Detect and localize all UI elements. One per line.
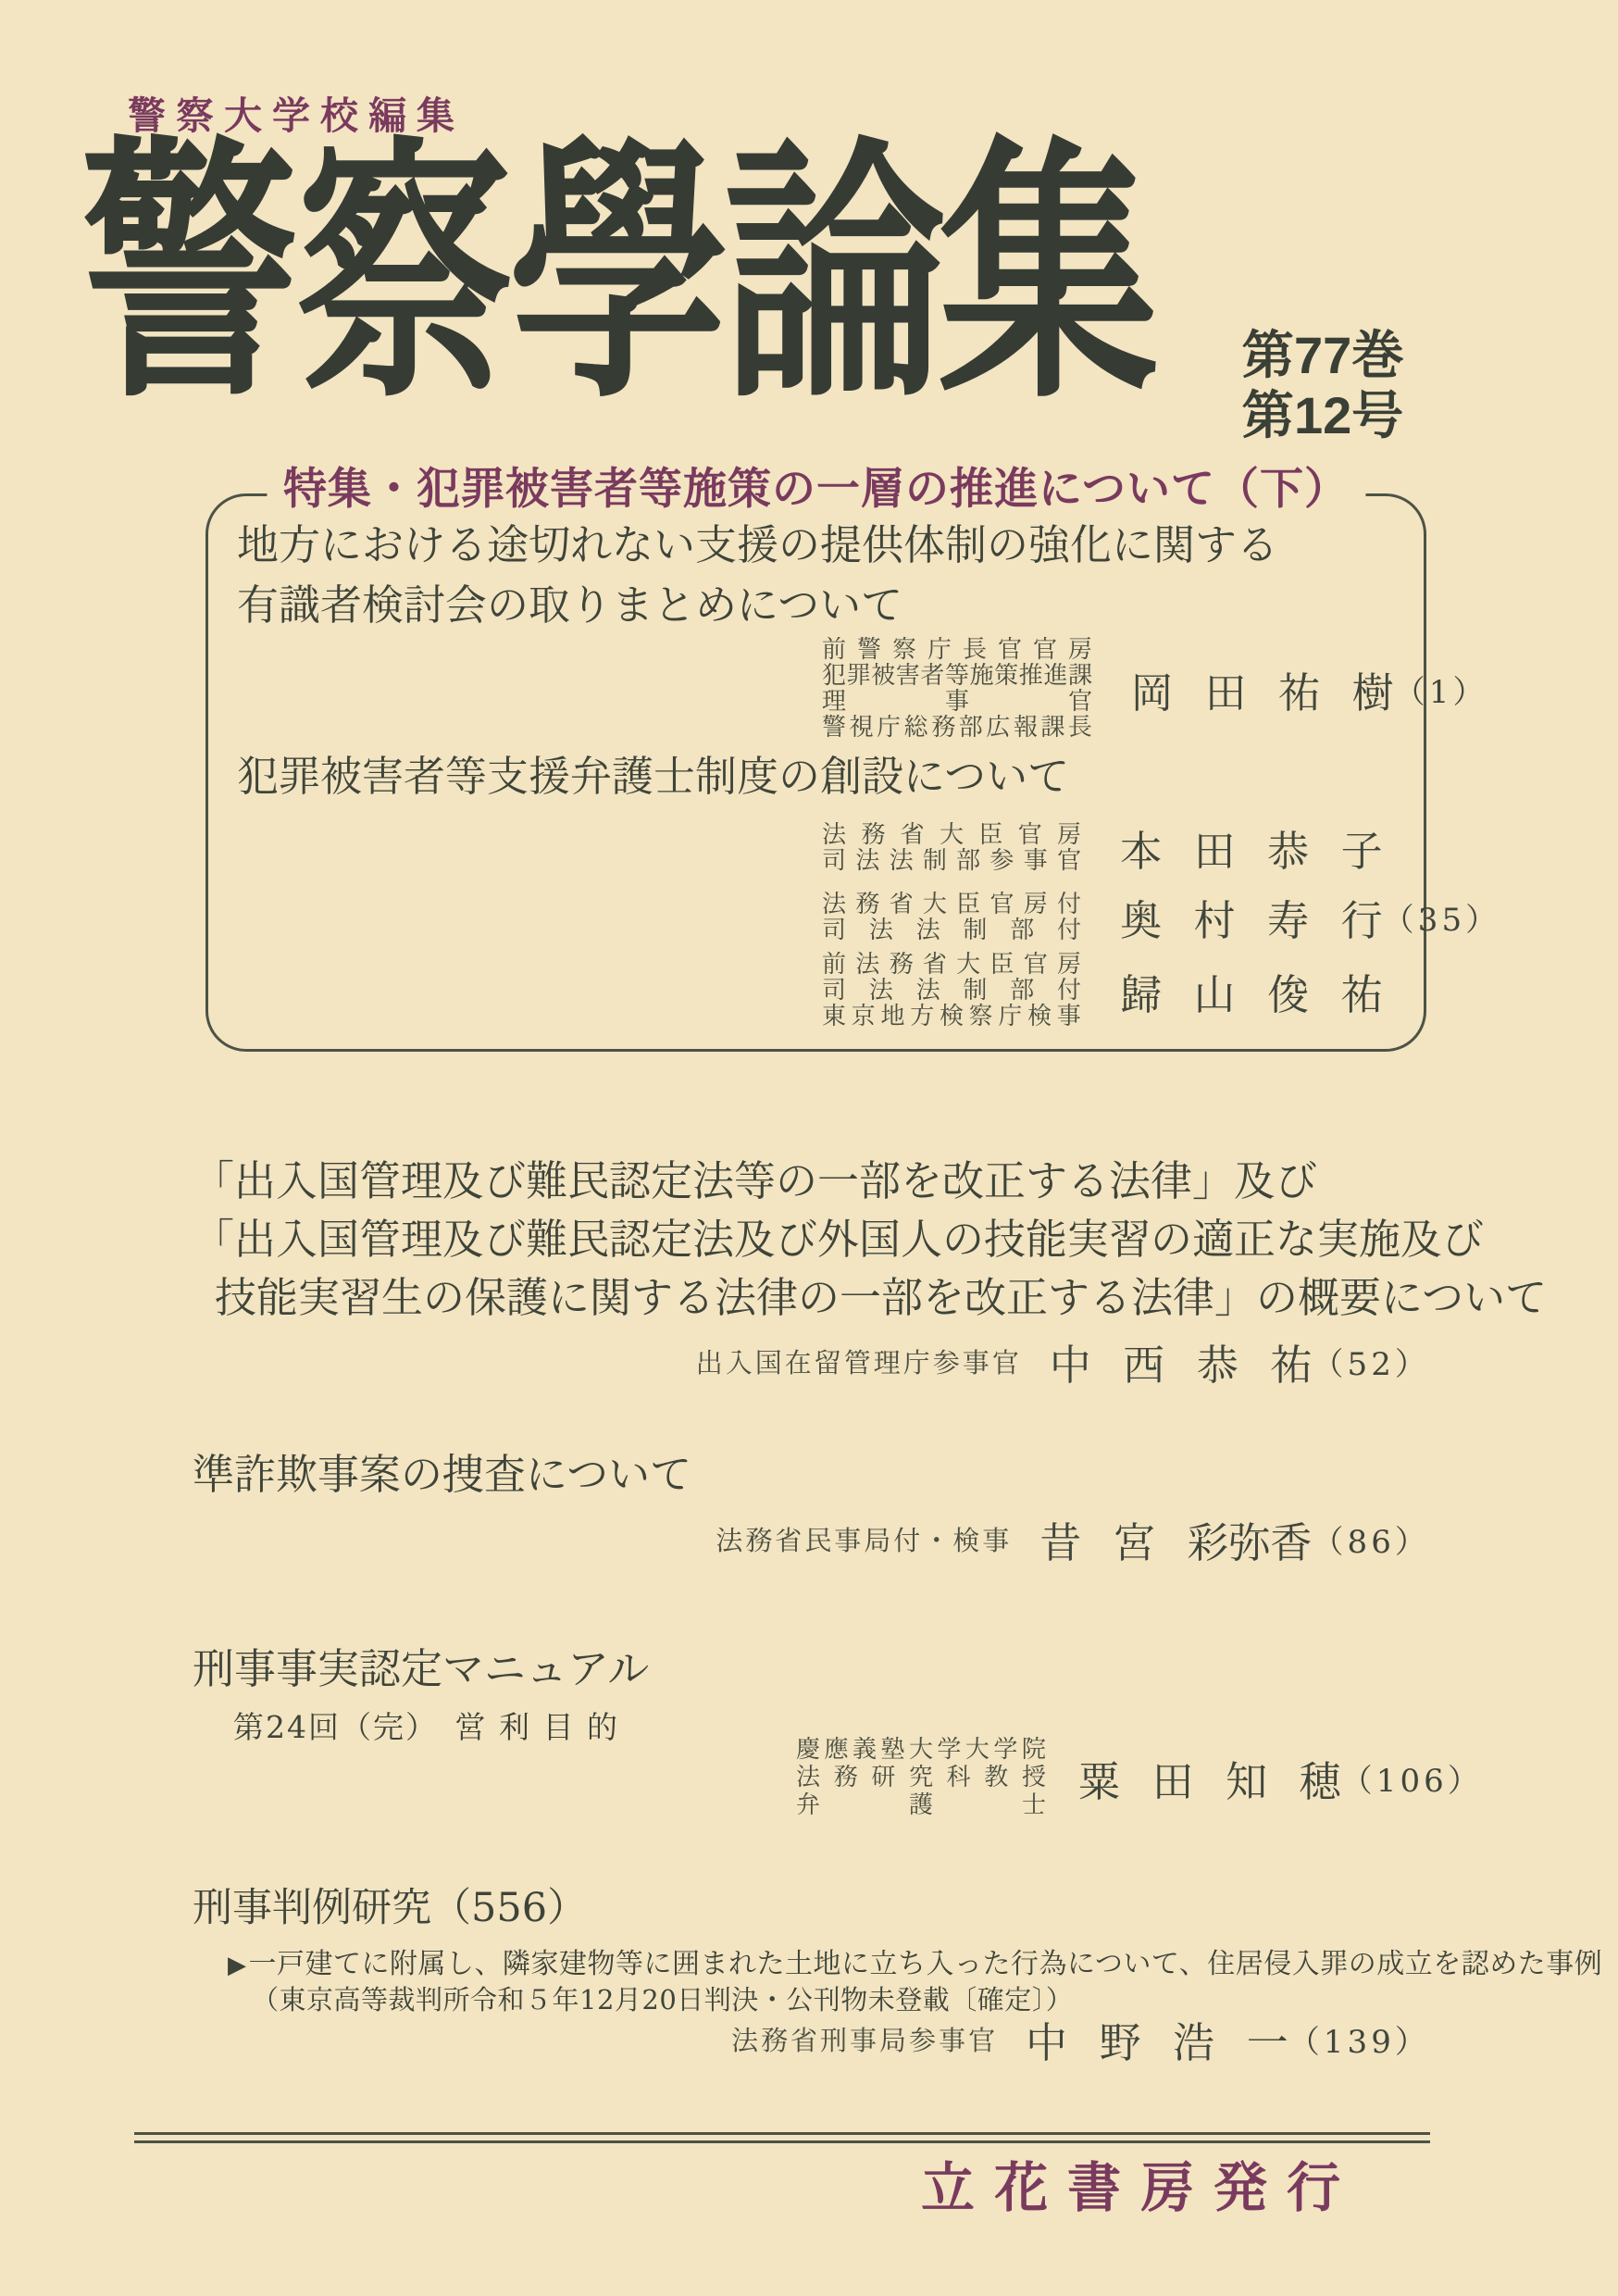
issue-number: 第12号 [1242, 386, 1403, 446]
author-name: 中 西 恭 祐 [1050, 1331, 1313, 1391]
special-feature-heading: 特集・犯罪被害者等施策の一層の推進について（下） [267, 466, 1365, 514]
affiliation-line: 犯罪被害者等施策推進課 [822, 663, 1092, 689]
article-title-immigration-law: 「出入国管理及び難民認定法等の一部を改正する法律」及び 「出入国管理及び難民認定… [193, 1152, 1547, 1327]
affiliation-line: 法務省大臣官房付 [822, 892, 1081, 917]
volume-issue: 第77巻 第12号 [1242, 326, 1403, 446]
publisher-line: 立花書房発行 [921, 2144, 1360, 2222]
affiliation-line: 法務研究科教授 [796, 1764, 1046, 1791]
author-nakanishi: 出入国在留管理庁参事官 中 西 恭 祐 （52） [696, 1331, 1430, 1391]
author-nakano: 法務省刑事局参事官 中 野 浩 一 （139） [731, 2009, 1430, 2069]
author-name: 粟 田 知 穂 [1078, 1748, 1341, 1808]
author-honda: 法務省大臣官房 司法法制部参事官 本 田 恭 子 [822, 817, 1383, 878]
affiliation-line: 弁護士 [796, 1791, 1046, 1819]
journal-cover: 警察大学校編集 警察學論集 第77巻 第12号 特集・犯罪被害者等施策の一層の推… [0, 0, 1618, 2296]
author-okada: 前警察庁長官官房 犯罪被害者等施策推進課 理事官 警視庁総務部広報課長 岡 田 … [822, 637, 1488, 741]
affiliation-line: 司法法制部付 [822, 978, 1081, 1004]
author-okumura: 法務省大臣官房付 司法法制部付 奥 村 寿 行 （35） [822, 887, 1500, 947]
affiliation-line: 司法法制部参事官 [822, 848, 1081, 874]
title-line: 有識者検討会の取りまとめについて [237, 575, 1278, 635]
volume-number: 第77巻 [1242, 326, 1403, 386]
author-name: 本 田 恭 子 [1120, 817, 1383, 878]
title-line: 刑事事実認定マニュアル [193, 1639, 649, 1699]
author-name: 岡 田 祐 樹 [1131, 659, 1394, 719]
author-awata: 慶應義塾大学大学院 法務研究科教授 弁護士 粟 田 知 穂 （106） [796, 1736, 1483, 1819]
affiliation-line: 前法務省大臣官房 [822, 952, 1081, 978]
title-line: 技能実習生の保護に関する法律の一部を改正する法律」の概要について [193, 1268, 1547, 1327]
affiliation-line: 司法法制部付 [822, 917, 1081, 943]
author-affiliation: 法務省大臣官房 司法法制部参事官 [822, 822, 1081, 874]
article-title-regional-support: 地方における途切れない支援の提供体制の強化に関する 有識者検討会の取りまとめにつ… [237, 515, 1278, 636]
affiliation-line: 慶應義塾大学大学院 [796, 1736, 1046, 1764]
affiliation-line: 東京地方検察庁検事 [822, 1004, 1081, 1029]
series-subtitle: 第24回（完） 営 利 目 的 [233, 1703, 619, 1747]
title-line: 準詐欺事案の捜査について [193, 1444, 691, 1504]
affiliation-line: 前警察庁長官官房 [822, 637, 1092, 663]
page-number: （86） [1312, 1516, 1430, 1562]
title-line: 「出入国管理及び難民認定法等の一部を改正する法律」及び [193, 1152, 1547, 1210]
author-sekimiya: 法務省民事局付・検事 昔 宮 彩弥香 （86） [716, 1509, 1430, 1569]
author-affiliation: 慶應義塾大学大学院 法務研究科教授 弁護士 [796, 1736, 1046, 1819]
author-affiliation: 法務省大臣官房付 司法法制部付 [822, 892, 1081, 943]
affiliation-line: 理事官 [822, 689, 1092, 715]
title-line: 刑事判例研究（556） [193, 1879, 587, 1937]
title-line: 地方における途切れない支援の提供体制の強化に関する [237, 515, 1278, 575]
author-affiliation: 前法務省大臣官房 司法法制部付 東京地方検察庁検事 [822, 952, 1081, 1029]
footer-double-rule [134, 2132, 1430, 2143]
article-title-quasi-fraud: 準詐欺事案の捜査について [193, 1444, 691, 1504]
article-title-victim-support-lawyer: 犯罪被害者等支援弁護士制度の創設について [237, 746, 1069, 806]
case-note: ▶一戸建てに附属し、隣家建物等に囲まれた土地に立ち入った行為について、住居侵入罪… [228, 1940, 1602, 1981]
page-number: （35） [1383, 894, 1501, 940]
author-name: 中 野 浩 一 [1026, 2009, 1288, 2069]
author-affiliation: 前警察庁長官官房 犯罪被害者等施策推進課 理事官 警視庁総務部広報課長 [822, 637, 1092, 741]
author-affiliation: 法務省民事局付・検事 [716, 1520, 1012, 1558]
author-affiliation: 出入国在留管理庁参事官 [696, 1342, 1022, 1380]
page-number: （1） [1394, 667, 1488, 712]
article-title-case-law-study: 刑事判例研究（556） [193, 1879, 587, 1937]
article-title-fact-finding-manual: 刑事事実認定マニュアル [193, 1639, 649, 1699]
page-number: （106） [1341, 1755, 1483, 1801]
author-name: 歸 山 俊 祐 [1120, 961, 1383, 1021]
journal-title: 警察學論集 [80, 137, 1153, 413]
case-note-text: 一戸建てに附属し、隣家建物等に囲まれた土地に立ち入った行為について、住居侵入罪の… [249, 1948, 1603, 1980]
author-affiliation: 法務省刑事局参事官 [731, 2020, 998, 2058]
page-number: （139） [1288, 2016, 1430, 2062]
title-line: 犯罪被害者等支援弁護士制度の創設について [237, 746, 1069, 806]
affiliation-line: 法務省大臣官房 [822, 822, 1081, 848]
title-line: 「出入国管理及び難民認定法及び外国人の技能実習の適正な実施及び [193, 1210, 1547, 1268]
triangle-bullet-icon: ▶ [228, 1952, 247, 1979]
author-name: 奥 村 寿 行 [1120, 887, 1383, 947]
author-name: 昔 宮 彩弥香 [1039, 1509, 1312, 1569]
author-kiyama: 前法務省大臣官房 司法法制部付 東京地方検察庁検事 歸 山 俊 祐 [822, 952, 1383, 1029]
page-number: （52） [1312, 1339, 1430, 1384]
affiliation-line: 警視庁総務部広報課長 [822, 715, 1092, 741]
